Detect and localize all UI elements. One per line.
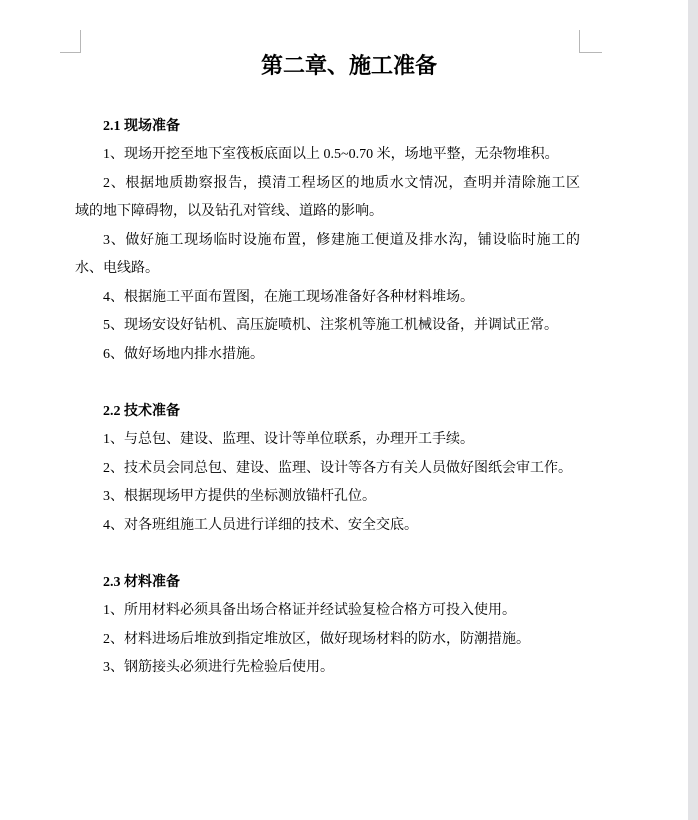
- list-item-continuation-line: 水、电线路。: [75, 255, 580, 284]
- page-edge-strip: [688, 0, 698, 820]
- blank-line: [75, 84, 580, 113]
- chapter-title: 第二章、施工准备: [75, 47, 623, 84]
- blank-line: [75, 540, 580, 569]
- list-item-line: 3、做好施工现场临时设施布置，修建施工便道及排水沟，铺设临时施工的: [75, 227, 580, 256]
- list-item-line: 3、钢筋接头必须进行先检验后使用。: [75, 654, 580, 683]
- list-item-line: 1、现场开挖至地下室筏板底面以上 0.5~0.70 米，场地平整，无杂物堆积。: [75, 141, 580, 170]
- list-item-line: 5、现场安设好钻机、高压旋喷机、注浆机等施工机械设备，并调试正常。: [75, 312, 580, 341]
- list-item-line: 1、所用材料必须具备出场合格证并经试验复检合格方可投入使用。: [75, 597, 580, 626]
- list-item-line: 6、做好场地内排水措施。: [75, 341, 580, 370]
- section-heading-2-1: 2.1 现场准备: [75, 113, 580, 142]
- list-item-line: 1、与总包、建设、监理、设计等单位联系，办理开工手续。: [75, 426, 580, 455]
- list-item-line: 2、技术员会同总包、建设、监理、设计等各方有关人员做好图纸会审工作。: [75, 455, 580, 484]
- blank-line: [75, 369, 580, 398]
- section-heading-2-2: 2.2 技术准备: [75, 398, 580, 427]
- list-item-line: 3、根据现场甲方提供的坐标测放锚杆孔位。: [75, 483, 580, 512]
- list-item-continuation-line: 域的地下障碍物，以及钻孔对管线、道路的影响。: [75, 198, 580, 227]
- list-item-line: 4、对各班组施工人员进行详细的技术、安全交底。: [75, 512, 580, 541]
- document-page: 第二章、施工准备 2.1 现场准备 1、现场开挖至地下室筏板底面以上 0.5~0…: [75, 0, 580, 683]
- list-item-line: 2、材料进场后堆放到指定堆放区，做好现场材料的防水，防潮措施。: [75, 626, 580, 655]
- list-item-line: 4、根据施工平面布置图，在施工现场准备好各种材料堆场。: [75, 284, 580, 313]
- list-item-line: 2、根据地质勘察报告，摸清工程场区的地质水文情况，查明并清除施工区: [75, 170, 580, 199]
- section-heading-2-3: 2.3 材料准备: [75, 569, 580, 598]
